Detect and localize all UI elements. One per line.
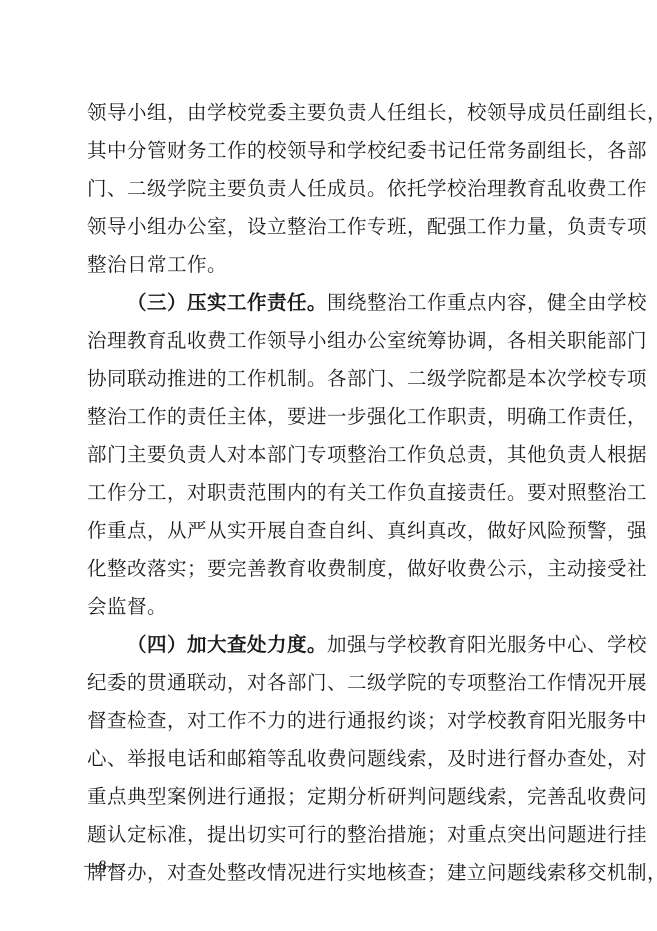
body-text-line: 部门主要负责人对本部门专项整治工作负总责，其他负责人根据 — [87, 436, 573, 474]
body-text-line: 领导小组办公室，设立整治工作专班，配强工作力量，负责专项 — [87, 208, 573, 246]
body-text-line: 重点典型案例进行通报；定期分析研判问题线索，完善乱收费问 — [87, 778, 573, 816]
body-text-line: 门、二级学院主要负责人任成员。依托学校治理教育乱收费工作 — [87, 170, 573, 208]
document-page: 领导小组，由学校党委主要负责人任组长，校领导成员任副组长， 其中分管财务工作的校… — [0, 0, 657, 931]
body-text-line: 治理教育乱收费工作领导小组办公室统筹协调，各相关职能部门 — [87, 322, 573, 360]
body-text-line: 作重点，从严从实开展自查自纠、真纠真改，做好风险预警，强 — [87, 512, 573, 550]
body-text-line: 工作分工，对职责范围内的有关工作负直接责任。要对照整治工 — [87, 474, 573, 512]
section-heading: （三）压实工作责任。 — [127, 291, 327, 314]
section-heading-line: （四）加大查处力度。加强与学校教育阳光服务中心、学校 — [127, 626, 573, 664]
body-text-line: 牌督办，对查处整改情况进行实地核查；建立问题线索移交机制， — [87, 854, 573, 892]
body-text-line: 协同联动推进的工作机制。各部门、二级学院都是本次学校专项 — [87, 360, 573, 398]
body-text-line: 其中分管财务工作的校领导和学校纪委书记任常务副组长，各部 — [87, 132, 573, 170]
body-text: 围绕整治工作重点内容，健全由学校 — [327, 291, 647, 314]
page-number: —8— — [84, 858, 122, 875]
body-text-line: 纪委的贯通联动，对各部门、二级学院的专项整治工作情况开展 — [87, 664, 573, 702]
body-text-line: 题认定标准，提出切实可行的整治措施；对重点突出问题进行挂 — [87, 816, 573, 854]
body-text-line: 化整改落实；要完善教育收费制度，做好收费公示，主动接受社 — [87, 550, 573, 588]
body-text-line: 整治日常工作。 — [87, 246, 573, 284]
body-text-line: 整治工作的责任主体，要进一步强化工作职责，明确工作责任， — [87, 398, 573, 436]
body-text-line: 领导小组，由学校党委主要负责人任组长，校领导成员任副组长， — [87, 94, 573, 132]
body-text-line: 心、举报电话和邮箱等乱收费问题线索，及时进行督办查处，对 — [87, 740, 573, 778]
body-text-line: 会监督。 — [87, 588, 573, 626]
section-heading: （四）加大查处力度。 — [127, 633, 327, 656]
body-text: 加强与学校教育阳光服务中心、学校 — [327, 633, 647, 656]
section-heading-line: （三）压实工作责任。围绕整治工作重点内容，健全由学校 — [127, 284, 573, 322]
body-text-line: 督查检查，对工作不力的进行通报约谈；对学校教育阳光服务中 — [87, 702, 573, 740]
